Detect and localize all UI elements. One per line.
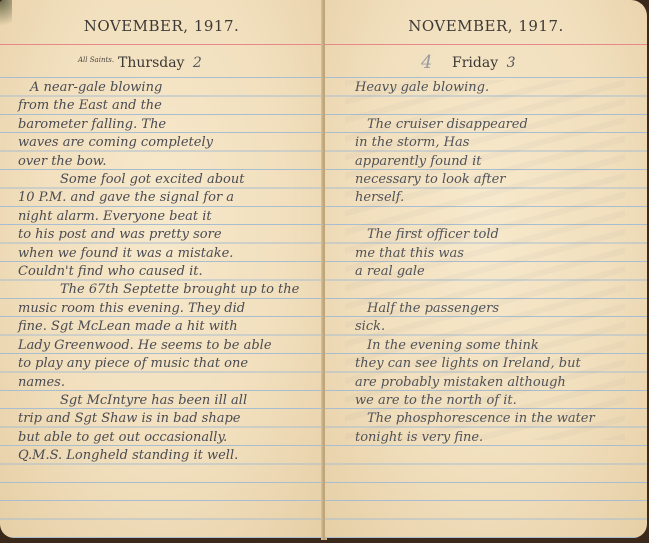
left-page: NOVEMBER, 1917. All Saints. Thursday 2 A… <box>0 0 323 538</box>
entry-line: sick. <box>355 318 635 336</box>
entry-line: Half the passengers <box>355 300 635 318</box>
pencil-mark: 4 <box>421 52 432 73</box>
entry-line: Sgt McIntyre has been ill all <box>18 392 311 410</box>
right-red-rule <box>325 44 647 45</box>
entry-line: The cruiser disappeared <box>355 116 635 134</box>
entry-line: Heavy gale blowing. <box>355 79 635 97</box>
entry-line: Some fool got excited about <box>18 171 311 189</box>
entry-line: from the East and the <box>18 97 311 115</box>
entry-line: to his post and was pretty sore <box>18 226 311 244</box>
entry-line: they can see lights on Ireland, but <box>355 355 635 373</box>
entry-line: over the bow. <box>18 153 311 171</box>
right-page-header: NOVEMBER, 1917. <box>325 17 647 35</box>
handwritten-day-number: 2 <box>193 55 202 71</box>
entry-line <box>355 97 635 115</box>
entry-line: Q.M.S. Longheld standing it well. <box>18 447 311 465</box>
entry-line: we are to the north of it. <box>355 392 635 410</box>
entry-line: a real gale <box>355 263 635 281</box>
entry-line: music room this evening. They did <box>18 300 311 318</box>
left-red-rule <box>0 44 323 45</box>
entry-line: Couldn't find who caused it. <box>18 263 311 281</box>
entry-line: me that this was <box>355 245 635 263</box>
entry-line <box>355 281 635 299</box>
diary-spread: NOVEMBER, 1917. All Saints. Thursday 2 A… <box>0 0 649 543</box>
entry-line: The first officer told <box>355 226 635 244</box>
entry-line: when we found it was a mistake. <box>18 245 311 263</box>
entry-line: trip and Sgt Shaw is in bad shape <box>18 410 311 428</box>
entry-line: herself. <box>355 189 635 207</box>
entry-line: to play any piece of music that one <box>18 355 311 373</box>
handwritten-day-number: 3 <box>507 55 516 71</box>
entry-line: The 67th Septette brought up to the <box>18 281 311 299</box>
left-page-header: NOVEMBER, 1917. <box>0 17 323 35</box>
entry-line: night alarm. Everyone beat it <box>18 208 311 226</box>
entry-line: barometer falling. The <box>18 116 311 134</box>
entry-line: necessary to look after <box>355 171 635 189</box>
entry-line <box>355 208 635 226</box>
right-page: NOVEMBER, 1917. 4 Friday 3 Heavy gale bl… <box>325 0 647 538</box>
right-entry-text: Heavy gale blowing. The cruiser disappea… <box>325 79 647 447</box>
entry-line: fine. Sgt McLean made a hit with <box>18 318 311 336</box>
entry-line: Lady Greenwood. He seems to be able <box>18 337 311 355</box>
entry-line: apparently found it <box>355 153 635 171</box>
day-name-text: Thursday <box>118 55 184 71</box>
entry-line: 10 P.M. and gave the signal for a <box>18 189 311 207</box>
left-entry-text: A near-gale blowing from the East and th… <box>0 79 323 466</box>
entry-line: are probably mistaken although <box>355 374 635 392</box>
entry-line: waves are coming completely <box>18 134 311 152</box>
day-name-text: Friday <box>452 55 498 71</box>
feast-label: All Saints. <box>78 56 114 64</box>
entry-line: The phosphorescence in the water <box>355 410 635 428</box>
entry-line: A near-gale blowing <box>18 79 311 97</box>
feast-text: All Saints. <box>78 56 114 64</box>
entry-line: tonight is very fine. <box>355 429 635 447</box>
entry-line: In the evening some think <box>355 337 635 355</box>
left-day-name: Thursday 2 <box>118 55 202 71</box>
entry-line: in the storm, Has <box>355 134 635 152</box>
right-day-heading: 4 Friday 3 <box>325 54 647 76</box>
right-day-name: Friday 3 <box>452 55 515 71</box>
left-day-heading: All Saints. Thursday 2 <box>0 54 323 76</box>
entry-line: but able to get out occasionally. <box>18 429 311 447</box>
entry-line: names. <box>18 374 311 392</box>
